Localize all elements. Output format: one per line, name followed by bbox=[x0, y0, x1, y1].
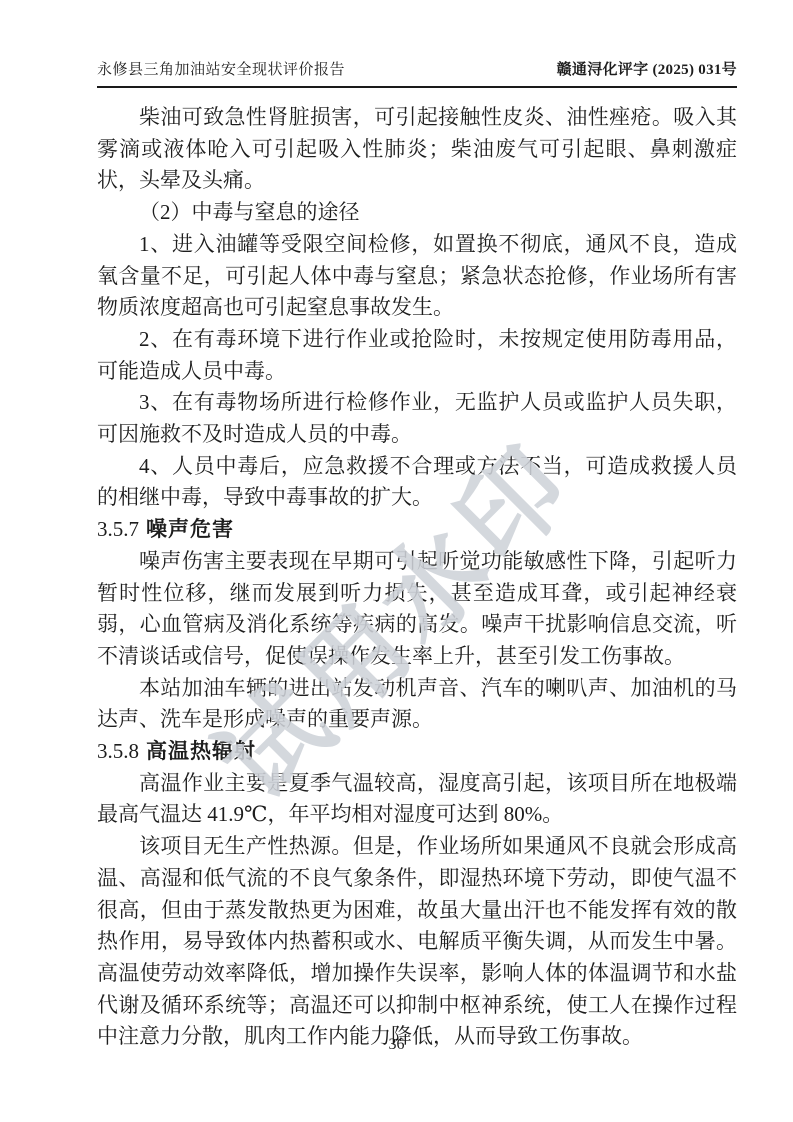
paragraph-route-item-1: 1、进入油罐等受限空间检修，如置换不彻底，通风不良，造成氧含量不足，可引起人体中… bbox=[97, 229, 737, 324]
page-header: 永修县三角加油站安全现状评价报告 赣通浔化评字 (2025) 031号 bbox=[97, 60, 737, 88]
paragraph-poisoning-routes-title: （2）中毒与窒息的途径 bbox=[97, 197, 737, 229]
paragraph-route-item-3: 3、在有毒物场所进行检修作业，无监护人员或监护人员失职，可因施救不及时造成人员的… bbox=[97, 387, 737, 450]
header-doc-number: 赣通浔化评字 (2025) 031号 bbox=[557, 60, 737, 80]
document-body: 柴油可致急性肾脏损害，可引起接触性皮炎、油性痤疮。吸入其雾滴或液体呛入可引起吸入… bbox=[97, 102, 737, 1053]
section-number: 3.5.7 bbox=[97, 517, 139, 541]
section-title: 高温热辐射 bbox=[146, 740, 256, 763]
paragraph-heat-climate: 高温作业主要是夏季气温较高，湿度高引起，该项目所在地极端最高气温达 41.9℃，… bbox=[97, 768, 737, 831]
section-heading-3-5-7: 3.5.7噪声危害 bbox=[97, 514, 737, 546]
section-heading-3-5-8: 3.5.8高温热辐射 bbox=[97, 736, 737, 768]
document-page: 永修县三角加油站安全现状评价报告 赣通浔化评字 (2025) 031号 柴油可致… bbox=[0, 0, 793, 1122]
page-number: 36 bbox=[389, 1036, 405, 1053]
section-title: 噪声危害 bbox=[146, 518, 234, 541]
paragraph-noise-damage: 噪声伤害主要表现在早期可引起听觉功能敏感性下降，引起听力暂时性位移，继而发展到听… bbox=[97, 546, 737, 673]
page-footer: 36 bbox=[0, 1036, 793, 1054]
paragraph-noise-sources: 本站加油车辆的进出站发动机声音、汽车的喇叭声、加油机的马达声、洗车是形成噪声的重… bbox=[97, 673, 737, 736]
paragraph-route-item-4: 4、人员中毒后，应急救援不合理或方法不当，可造成救援人员的相继中毒，导致中毒事故… bbox=[97, 451, 737, 514]
paragraph-route-item-2: 2、在有毒环境下进行作业或抢险时，未按规定使用防毒用品，可能造成人员中毒。 bbox=[97, 324, 737, 387]
paragraph-diesel-hazard: 柴油可致急性肾脏损害，可引起接触性皮炎、油性痤疮。吸入其雾滴或液体呛入可引起吸入… bbox=[97, 102, 737, 197]
paragraph-heat-effects: 该项目无生产性热源。但是，作业场所如果通风不良就会形成高温、高湿和低气流的不良气… bbox=[97, 831, 737, 1053]
header-report-title: 永修县三角加油站安全现状评价报告 bbox=[97, 60, 345, 80]
section-number: 3.5.8 bbox=[97, 739, 139, 763]
